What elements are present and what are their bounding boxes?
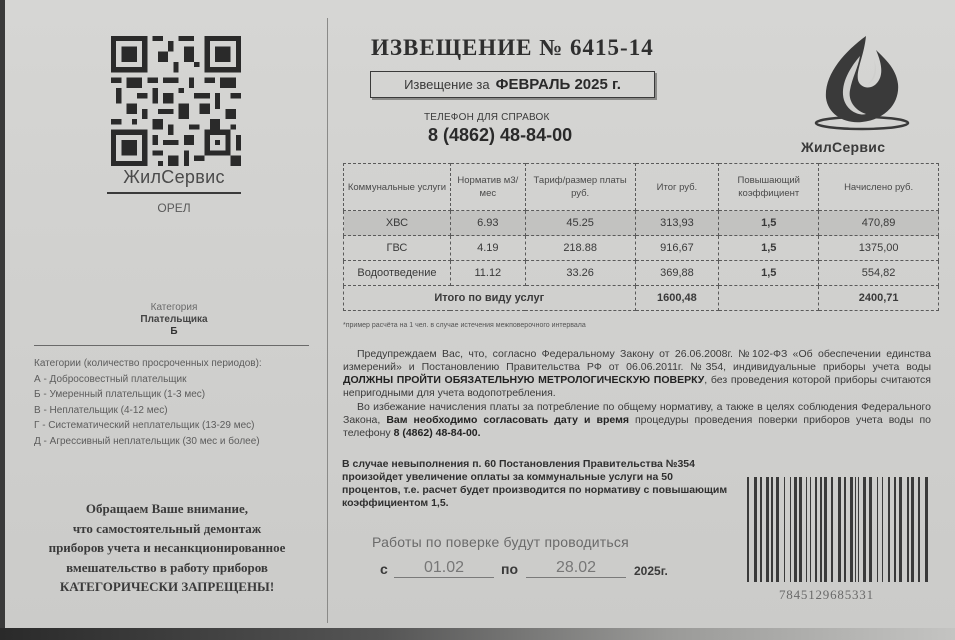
schedule-notice-paragraph: Во избежание начисления платы за потребл…	[343, 401, 931, 440]
cell-norm: 11.12	[450, 261, 525, 286]
category-value: Б	[104, 326, 244, 338]
tamper-warning-line: что самостоятельный демонтаж	[12, 519, 322, 539]
qr-code-icon	[111, 36, 241, 166]
period-value: ФЕВРАЛЬ 2025 г.	[496, 76, 621, 93]
table-total-row: Итого по виду услуг 1600,48 2400,71	[344, 286, 939, 311]
category-divider	[34, 345, 309, 346]
barcode-icon	[745, 475, 935, 585]
notice-sheet: ЖилСервис ОРЕЛ Категория Плательщика Б К…	[4, 0, 955, 628]
period-label: Извещение за	[404, 77, 490, 92]
flame-drop-logo-icon	[804, 30, 924, 135]
category-legend-title: Категории (количество просроченных перио…	[34, 356, 324, 372]
total-itog: 1600,48	[635, 286, 719, 311]
penalty-notice-paragraph: В случае невыполнения п. 60 Постановлени…	[342, 458, 730, 510]
p1-text-a: Предупреждаем Вас, что, согласно Федерал…	[343, 348, 931, 373]
tamper-warning: Обращаем Ваше внимание, что самостоятель…	[12, 499, 322, 597]
brand-underline	[107, 192, 241, 194]
barcode-number: 7845129685331	[779, 587, 874, 603]
cell-tariff: 218.88	[525, 236, 635, 261]
cell-coefficient: 1,5	[719, 261, 819, 286]
works-to-prefix: по	[501, 561, 518, 577]
total-coefficient-empty	[719, 286, 819, 311]
total-label: Итого по виду услуг	[344, 286, 636, 311]
works-from-date: 01.02	[394, 559, 494, 578]
p2-phone: 8 (4862) 48-84-00.	[394, 427, 481, 439]
cell-charged: 470,89	[819, 211, 939, 236]
payer-category: Категория Плательщика Б	[104, 302, 244, 338]
cell-total: 313,93	[635, 211, 719, 236]
city-label: ОРЕЛ	[104, 201, 244, 215]
category-legend-item: Б - Умеренный плательщик (1-3 мес)	[34, 387, 324, 403]
col-header-total: Итог руб.	[635, 164, 719, 211]
col-header-tariff: Тариф/размер платы руб.	[525, 164, 635, 211]
category-legend-item: Д - Агрессивный неплательщик (30 мес и б…	[34, 434, 324, 450]
notice-title: ИЗВЕЩЕНИЕ № 6415-14	[371, 35, 654, 61]
cell-tariff: 33.26	[525, 261, 635, 286]
tamper-warning-line: вмешательство в работу приборов	[12, 558, 322, 578]
col-header-charged: Начислено руб.	[819, 164, 939, 211]
category-legend-item: А - Добросовестный плательщик	[34, 372, 324, 388]
col-header-coefficient: Повышающий коэффициент	[719, 164, 819, 211]
cell-coefficient: 1,5	[719, 236, 819, 261]
works-year: 2025г.	[634, 564, 668, 578]
left-brand-name: ЖилСервис	[104, 167, 244, 188]
cell-total: 916,67	[635, 236, 719, 261]
verification-notice-paragraph: Предупреждаем Вас, что, согласно Федерал…	[343, 348, 931, 400]
category-legend-item: В - Неплательщик (4-12 мес)	[34, 403, 324, 419]
phone-number: 8 (4862) 48-84-00	[428, 125, 572, 146]
cell-charged: 1375,00	[819, 236, 939, 261]
cell-total: 369,88	[635, 261, 719, 286]
table-row: ГВС 4.19 218.88 916,67 1,5 1375,00	[344, 236, 939, 261]
table-header-row: Коммунальные услуги Норматив м3/мес Тари…	[344, 164, 939, 211]
charges-table: Коммунальные услуги Норматив м3/мес Тари…	[343, 163, 939, 311]
category-title-2: Плательщика	[104, 314, 244, 326]
p2-text-bold: Вам необходимо согласовать дату и время	[386, 414, 629, 426]
cell-service: Водоотведение	[344, 261, 451, 286]
tamper-warning-line: Обращаем Ваше внимание,	[12, 499, 322, 519]
tamper-warning-line: КАТЕГОРИЧЕСКИ ЗАПРЕЩЕНЫ!	[12, 577, 322, 597]
category-title-1: Категория	[104, 302, 244, 314]
table-row: Водоотведение 11.12 33.26 369,88 1,5 554…	[344, 261, 939, 286]
cell-coefficient: 1,5	[719, 211, 819, 236]
col-header-norm: Норматив м3/мес	[450, 164, 525, 211]
category-legend-item: Г - Систематический неплательщик (13-29 …	[34, 418, 324, 434]
photo-bottom-edge	[0, 628, 955, 640]
cell-service: ГВС	[344, 236, 451, 261]
p1-text-bold: ДОЛЖНЫ ПРОЙТИ ОБЯЗАТЕЛЬНУЮ МЕТРОЛОГИЧЕСК…	[343, 374, 704, 386]
photo-left-edge	[0, 0, 5, 640]
col-header-service: Коммунальные услуги	[344, 164, 451, 211]
cell-charged: 554,82	[819, 261, 939, 286]
works-period-label: Работы по поверке будут проводиться	[372, 534, 629, 550]
table-row: ХВС 6.93 45.25 313,93 1,5 470,89	[344, 211, 939, 236]
cell-norm: 6.93	[450, 211, 525, 236]
cell-service: ХВС	[344, 211, 451, 236]
logo-brand-name: ЖилСервис	[801, 139, 885, 155]
phone-label: ТЕЛЕФОН ДЛЯ СПРАВОК	[424, 112, 550, 123]
billing-period-box: Извещение за ФЕВРАЛЬ 2025 г.	[370, 71, 655, 98]
cell-tariff: 45.25	[525, 211, 635, 236]
works-to-date: 28.02	[526, 559, 626, 578]
tamper-warning-line: приборов учета и несанкционированное	[12, 538, 322, 558]
cell-norm: 4.19	[450, 236, 525, 261]
table-footnote: *пример расчёта на 1 чел. в случае истеч…	[343, 322, 586, 329]
category-legend: Категории (количество просроченных перио…	[34, 356, 324, 449]
works-from-prefix: с	[380, 561, 388, 577]
total-charged: 2400,71	[819, 286, 939, 311]
tear-line-divider	[327, 18, 328, 623]
